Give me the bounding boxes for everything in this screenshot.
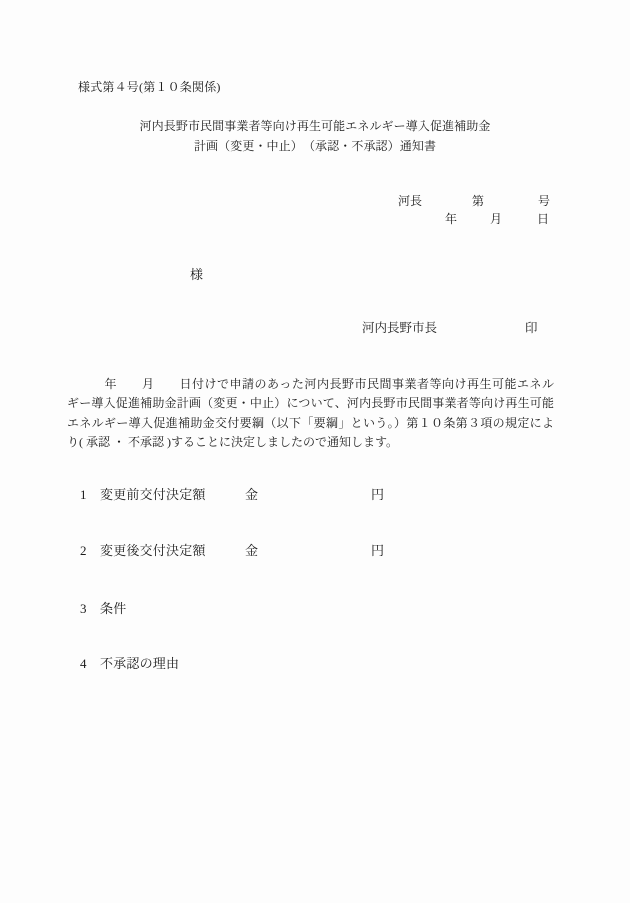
body-paragraph: 年 月 日付けで申請のあった河内長野市民間事業者等向け再生可能エネル ギー導入促… [67, 375, 554, 453]
document-page: 様式第４号(第１０条関係) 河内長野市民間事業者等向け再生可能エネルギー導入促進… [0, 0, 630, 903]
item-1-number: 1 [80, 488, 87, 501]
document-number-dai: 第 [472, 195, 484, 207]
date-month-label: 月 [490, 213, 502, 225]
document-number-prefix: 河長 [398, 195, 422, 207]
document-title-line-2: 計画（変更・中止） （承認・不承認）通知書 [0, 136, 630, 156]
date-day-label: 日 [537, 213, 549, 225]
document-title-line-1: 河内長野市民間事業者等向け再生可能エネルギー導入促進補助金 [0, 116, 630, 136]
item-1-currency-prefix: 金 [245, 488, 258, 501]
item-2-currency-suffix: 円 [371, 544, 384, 557]
body-line-2: ギー導入促進補助金計画（変更・中止）について、河内長野市民間事業者等向け再生可能 [67, 394, 554, 413]
item-3-number: 3 [80, 602, 87, 615]
issuer-seal-mark: 印 [525, 322, 538, 335]
item-1-label: 変更前交付決定額 [100, 488, 206, 501]
document-title: 河内長野市民間事業者等向け再生可能エネルギー導入促進補助金 計画（変更・中止） … [0, 116, 630, 156]
body-line-4: り( 承認 ・ 不承認 )することに決定しましたので通知します。 [67, 433, 554, 452]
item-3-label: 条件 [100, 602, 126, 615]
document-number-go: 号 [538, 195, 550, 207]
item-4-label: 不承認の理由 [100, 657, 179, 670]
item-2-number: 2 [80, 544, 87, 557]
date-year-label: 年 [445, 213, 457, 225]
body-line-3: エネルギー導入促進補助金交付要綱（以下「要綱」という。）第１０条第３項の規定によ [67, 414, 554, 433]
form-number: 様式第４号(第１０条関係) [78, 81, 221, 93]
item-4-number: 4 [80, 657, 87, 670]
recipient-honorific: 様 [190, 268, 203, 281]
item-2-label: 変更後交付決定額 [100, 544, 206, 557]
issuer-title: 河内長野市長 [362, 322, 437, 335]
item-1-currency-suffix: 円 [371, 488, 384, 501]
item-2-currency-prefix: 金 [245, 544, 258, 557]
body-line-1: 年 月 日付けで申請のあった河内長野市民間事業者等向け再生可能エネル [67, 375, 554, 394]
